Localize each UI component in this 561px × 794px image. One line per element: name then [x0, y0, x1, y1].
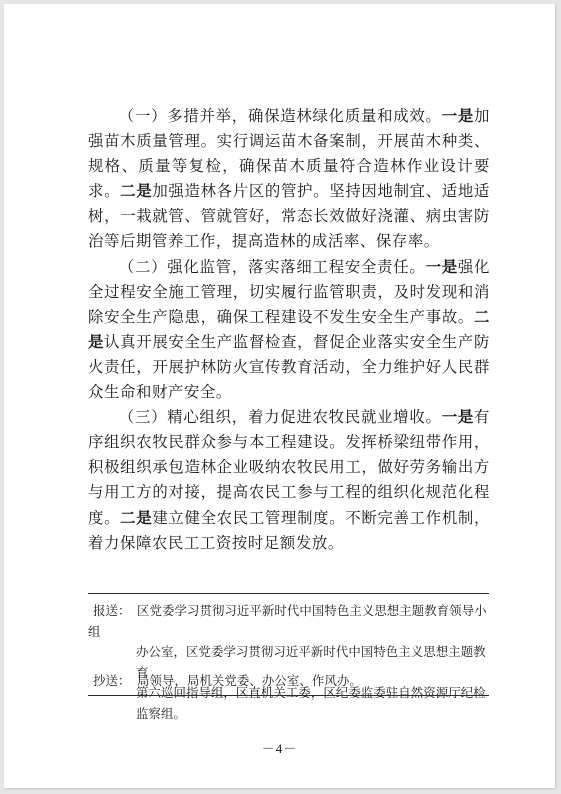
report-to-label: 报送：: [88, 601, 137, 622]
distribution-bottom-rule: [88, 695, 489, 696]
bold-marker: 二是: [120, 509, 152, 527]
document-page: （一）多措并举，确保造林绿化质量和成效。一是加强苗木质量管理。实行调运苗木备案制…: [4, 4, 555, 788]
document-body: （一）多措并举，确保造林绿化质量和成效。一是加强苗木质量管理。实行调运苗木备案制…: [88, 104, 490, 556]
paragraph-heading: （三）精心组织，着力促进农牧民就业增收。: [119, 408, 442, 426]
bold-marker: 一是: [426, 258, 458, 276]
page-number: －4－: [4, 738, 555, 757]
paragraph-3: （三）精心组织，着力促进农牧民就业增收。一是有序组织农牧民群众参与本工程建设。发…: [88, 405, 490, 556]
copy-to-label: 抄送：: [88, 671, 137, 692]
report-to-line: 区党委学习贯彻习近平新时代中国特色主义思想主题教育领导小组: [88, 603, 487, 639]
paragraph-2: （二）强化监管，落实落细工程安全责任。一是强化全过程安全施工管理，切实履行监管职…: [88, 255, 490, 406]
bold-marker: 一是: [442, 107, 474, 125]
copy-to-text: 局领导，局机关党委、办公室、作风办。: [137, 673, 362, 688]
paragraph-1: （一）多措并举，确保造林绿化质量和成效。一是加强苗木质量管理。实行调运苗木备案制…: [88, 104, 490, 255]
distribution-top-rule: [88, 593, 489, 594]
bold-marker: 一是: [442, 408, 474, 426]
report-to-block: 报送：区党委学习贯彻习近平新时代中国特色主义思想主题教育领导小组 办公室，区党委…: [88, 601, 490, 724]
paragraph-text: 认真开展安全生产监督检查，督促企业落实安全生产防火责任，开展护林防火宣传教育活动…: [88, 333, 490, 401]
copy-to-block: 抄送：局领导，局机关党委、办公室、作风办。: [88, 671, 490, 692]
paragraph-heading: （二）强化监管，落实落细工程安全责任。: [119, 258, 426, 276]
paragraph-heading: （一）多措并举，确保造林绿化质量和成效。: [119, 107, 442, 125]
bold-marker: 二是: [120, 182, 152, 200]
